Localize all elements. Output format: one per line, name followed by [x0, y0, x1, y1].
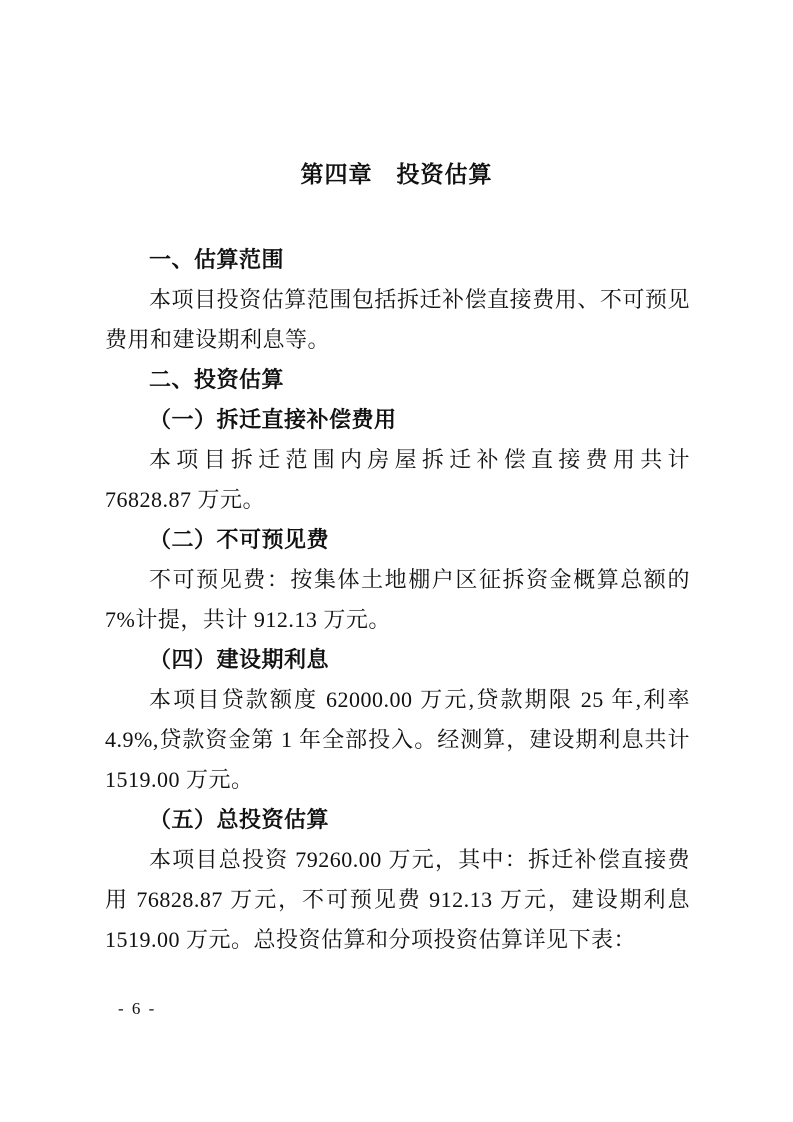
section-heading-estimation-scope: 一、估算范围 [105, 240, 690, 280]
page-number: - 6 - [118, 997, 156, 1021]
paragraph: 本项目拆迁范围内房屋拆迁补偿直接费用共计 76828.87 万元。 [105, 440, 690, 520]
section-heading-total-investment: （五）总投资估算 [105, 800, 690, 840]
section-heading-demolition-compensation: （一）拆迁直接补偿费用 [105, 400, 690, 440]
paragraph: 本项目总投资 79260.00 万元，其中：拆迁补偿直接费用 76828.87 … [105, 840, 690, 960]
chapter-title: 第四章 投资估算 [0, 159, 793, 189]
paragraph: 本项目投资估算范围包括拆迁补偿直接费用、不可预见费用和建设期利息等。 [105, 280, 690, 360]
section-heading-investment-estimate: 二、投资估算 [105, 360, 690, 400]
document-page: 第四章 投资估算 一、估算范围 本项目投资估算范围包括拆迁补偿直接费用、不可预见… [0, 0, 793, 1122]
paragraph: 本项目贷款额度 62000.00 万元,贷款期限 25 年,利率 4.9%,贷款… [105, 680, 690, 800]
section-heading-contingency-fee: （二）不可预见费 [105, 520, 690, 560]
document-body: 一、估算范围 本项目投资估算范围包括拆迁补偿直接费用、不可预见费用和建设期利息等… [105, 240, 690, 960]
paragraph: 不可预见费：按集体土地棚户区征拆资金概算总额的 7%计提，共计 912.13 万… [105, 560, 690, 640]
section-heading-construction-interest: （四）建设期利息 [105, 640, 690, 680]
